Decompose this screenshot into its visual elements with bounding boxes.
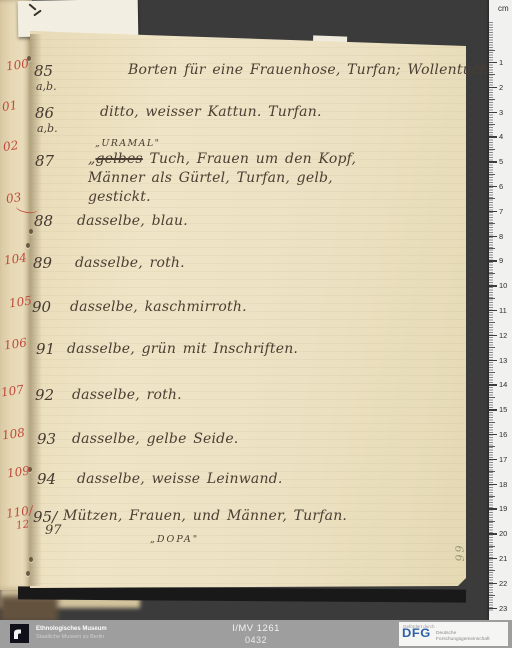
ruler-cm-tick xyxy=(489,260,497,261)
funder-name-line1: Deutsche xyxy=(436,631,456,636)
ruler-half-tick xyxy=(489,546,495,547)
entry-text: dasselbe, grün mit Inschriften. xyxy=(67,340,298,359)
ruler-cm-tick xyxy=(489,533,497,534)
ruler-half-tick xyxy=(489,471,495,472)
ruler-cm-tick xyxy=(489,608,497,609)
ruler-half-tick xyxy=(489,149,495,150)
ruler-number: 23 xyxy=(499,604,507,613)
ruler-half-tick xyxy=(489,198,495,199)
ruler-half-tick xyxy=(489,372,495,373)
ruler-number: 21 xyxy=(499,554,507,563)
ruler-number: 10 xyxy=(499,281,507,290)
entry-number: 89 xyxy=(33,254,52,272)
ruler-cm-tick xyxy=(489,484,497,485)
ruler-cm-tick xyxy=(489,335,497,336)
entry-text: dasselbe, gelbe Seide. xyxy=(72,430,238,449)
ruler-half-tick xyxy=(489,422,495,423)
ruler-half-tick xyxy=(489,273,495,274)
ruler-number: 18 xyxy=(499,480,507,489)
ruler-cm-tick xyxy=(489,310,497,311)
ruler-cm-tick xyxy=(489,161,497,162)
entry-text: dasselbe, kaschmirroth. xyxy=(70,298,247,317)
entry-number: 88 xyxy=(34,212,53,230)
ruler-half-tick xyxy=(489,595,495,596)
entry-number: 91 xyxy=(36,340,55,358)
ruler-cm-tick xyxy=(489,409,497,410)
ruler-number: 8 xyxy=(499,232,503,241)
entry-text: dasselbe, blau. xyxy=(77,212,188,231)
ruler-cm-tick xyxy=(489,360,497,361)
ruler-number: 12 xyxy=(499,331,507,340)
entry-number: 94 xyxy=(37,470,56,488)
stitch-hole xyxy=(26,243,30,248)
scanned-document: 100 01 02 03 104 105 106 107 108 109 110… xyxy=(0,0,512,648)
dfg-wordmark: DFG xyxy=(402,628,431,640)
entry-annotation: „URAMAL" xyxy=(95,138,160,149)
entry-text: Mützen, Frauen, und Männer, Turfan. xyxy=(63,507,347,526)
ruler-cm-tick xyxy=(489,384,497,385)
ruler-half-tick xyxy=(489,174,495,175)
ruler-cm-tick xyxy=(489,112,497,113)
ruler-half-tick xyxy=(489,50,495,51)
entry-text: „gelbes Tuch, Frauen um den Kopf, Männer… xyxy=(88,150,393,207)
entry-number: 92 xyxy=(35,386,54,404)
ruler-half-tick xyxy=(489,298,495,299)
ruler-number: 6 xyxy=(499,182,503,191)
ruler-cm-tick xyxy=(489,459,497,460)
entry-annotation: „DOPA" xyxy=(150,534,199,545)
entry-text: dasselbe, weisse Leinwand. xyxy=(77,470,282,489)
ruler-number: 22 xyxy=(499,579,507,588)
entry-number: 87 xyxy=(35,152,54,170)
entry-number: 86 xyxy=(35,104,54,122)
ruler-cm-tick xyxy=(489,434,497,435)
ruler-cm-tick xyxy=(489,583,497,584)
book-spine-shadow xyxy=(0,596,58,622)
ruler-cm-tick xyxy=(489,211,497,212)
ruler-number: 16 xyxy=(499,430,507,439)
ruler-cm-tick xyxy=(489,508,497,509)
struck-word: gelbes xyxy=(95,151,142,167)
ruler-number: 7 xyxy=(499,207,503,216)
ruler-number: 20 xyxy=(499,529,507,538)
ruler-cm-tick xyxy=(489,186,497,187)
margin-number: 01 xyxy=(1,98,18,114)
ruler-cm-tick xyxy=(489,558,497,559)
ruler-half-tick xyxy=(489,99,495,100)
ruler-half-tick xyxy=(489,223,495,224)
ruler-number: 4 xyxy=(499,132,503,141)
ruler-half-tick xyxy=(489,347,495,348)
dfg-logo-box: Gefördert durch DFG Deutsche Forschungsg… xyxy=(399,622,508,646)
ruler-number: 2 xyxy=(499,83,503,92)
ruler-half-tick xyxy=(489,496,495,497)
entry-text: Borten für eine Frauenhose, Turfan; Woll… xyxy=(128,61,494,80)
ruler-cm-tick xyxy=(489,136,497,137)
stitch-hole xyxy=(29,557,33,562)
ruler-number: 17 xyxy=(499,455,507,464)
ruler-mm-ticks xyxy=(489,22,493,612)
ruler-number: 15 xyxy=(499,405,507,414)
pencil-note: 66 xyxy=(452,545,466,563)
entry-sub-letters: a,b. xyxy=(37,122,58,135)
ruler-unit-label: cm xyxy=(498,4,509,13)
entry-number: 93 xyxy=(37,430,56,448)
ruler-number: 11 xyxy=(499,306,507,315)
stitch-hole xyxy=(26,571,30,576)
ruler-number: 14 xyxy=(499,380,507,389)
ruler-cm-tick xyxy=(489,236,497,237)
stitch-hole xyxy=(29,229,33,234)
ruler-half-tick xyxy=(489,124,495,125)
entry-text: dasselbe, roth. xyxy=(72,386,182,405)
ruler-half-tick xyxy=(489,446,495,447)
ruler-half-tick xyxy=(489,570,495,571)
entry-sub-letters: a,b. xyxy=(36,80,57,93)
footer-bar: Ethnologisches Museum Staatliche Museen … xyxy=(0,620,512,648)
entry-text: ditto, weisser Kattun. Turfan. xyxy=(100,103,322,122)
ruler-number: 19 xyxy=(499,504,507,513)
ruler-number: 9 xyxy=(499,256,503,265)
ruler-number: 5 xyxy=(499,157,503,166)
margin-number: 02 xyxy=(2,138,19,154)
ruler-number: 3 xyxy=(499,108,503,117)
margin-number-denominator: 12 xyxy=(15,518,30,532)
funder-name-line2: Forschungsgemeinschaft xyxy=(436,637,490,642)
ruler-half-tick xyxy=(489,397,495,398)
ruler-number: 1 xyxy=(499,58,503,67)
ruler: cm 1234567891011121314151617181920212223 xyxy=(489,0,512,620)
entry-number-denominator: 97 xyxy=(45,523,62,538)
ruler-half-tick xyxy=(489,248,495,249)
ruler-half-tick xyxy=(489,521,495,522)
entry-number: 85 xyxy=(34,62,53,80)
entry-number: 90 xyxy=(32,298,51,316)
ruler-cm-tick xyxy=(489,62,497,63)
ruler-half-tick xyxy=(489,322,495,323)
ruler-cm-tick xyxy=(489,285,497,286)
ruler-half-tick xyxy=(489,74,495,75)
ruler-cm-tick xyxy=(489,87,497,88)
ruler-number: 13 xyxy=(499,356,507,365)
entry-text: dasselbe, roth. xyxy=(75,254,185,273)
